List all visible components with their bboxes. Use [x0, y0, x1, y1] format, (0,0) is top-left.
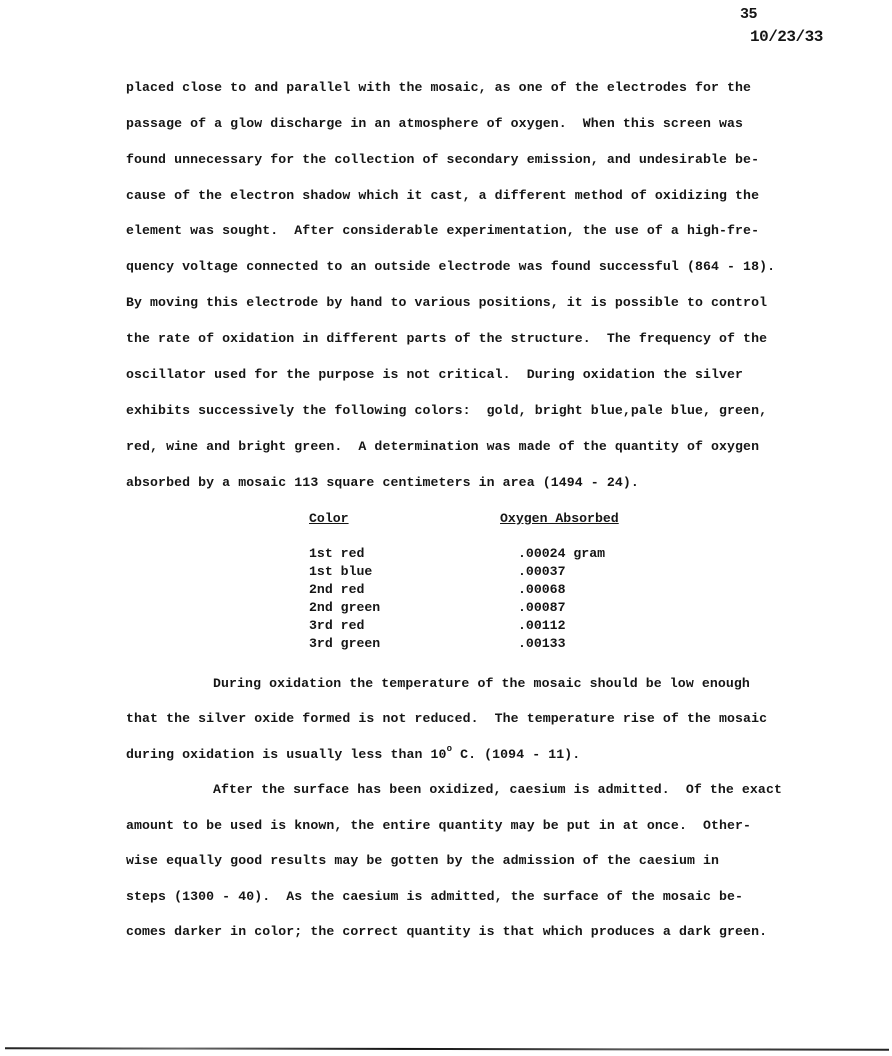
table-cell-color: 3rd green — [309, 636, 380, 651]
table-cell-oxygen: .00037 — [518, 564, 565, 579]
text-line: during oxidation is usually less than 10… — [126, 747, 580, 762]
text-line: that the silver oxide formed is not redu… — [126, 711, 767, 726]
text-line: quency voltage connected to an outside e… — [126, 259, 775, 274]
text-line: cause of the electron shadow which it ca… — [126, 188, 759, 203]
text-line: red, wine and bright green. A determinat… — [126, 439, 759, 454]
degree-superscript: o — [447, 744, 453, 754]
text-line: element was sought. After considerable e… — [126, 223, 759, 238]
text-fragment: C. (1094 - 11). — [452, 747, 580, 762]
table-cell-color: 2nd green — [309, 600, 380, 615]
table-cell-color: 1st blue — [309, 564, 372, 579]
bottom-rule-divider — [5, 1047, 889, 1051]
page-number: 35 — [740, 6, 757, 23]
text-fragment: during oxidation is usually less than 10 — [126, 747, 447, 762]
table-cell-oxygen: .00087 — [518, 600, 565, 615]
table-cell-oxygen: .00068 — [518, 582, 565, 597]
text-line: absorbed by a mosaic 113 square centimet… — [126, 475, 639, 490]
text-line: During oxidation the temperature of the … — [213, 676, 750, 691]
table-cell-oxygen: .00024 gram — [518, 546, 605, 561]
text-line: oscillator used for the purpose is not c… — [126, 367, 743, 382]
table-cell-color: 2nd red — [309, 582, 364, 597]
text-line: found unnecessary for the collection of … — [126, 152, 759, 167]
table-cell-color: 3rd red — [309, 618, 364, 633]
table-header-color: Color — [309, 511, 349, 526]
text-line: amount to be used is known, the entire q… — [126, 818, 751, 833]
text-line: By moving this electrode by hand to vari… — [126, 295, 767, 310]
table-cell-oxygen: .00112 — [518, 618, 565, 633]
text-line: exhibits successively the following colo… — [126, 403, 767, 418]
text-line: steps (1300 - 40). As the caesium is adm… — [126, 889, 743, 904]
text-line: wise equally good results may be gotten … — [126, 853, 719, 868]
text-line: placed close to and parallel with the mo… — [126, 80, 751, 95]
table-cell-color: 1st red — [309, 546, 364, 561]
text-line: comes darker in color; the correct quant… — [126, 924, 767, 939]
table-header-oxygen: Oxygen Absorbed — [500, 511, 619, 526]
text-line: passage of a glow discharge in an atmosp… — [126, 116, 743, 131]
text-line: After the surface has been oxidized, cae… — [213, 782, 782, 797]
text-line: the rate of oxidation in different parts… — [126, 331, 767, 346]
table-cell-oxygen: .00133 — [518, 636, 565, 651]
page-date: 10/23/33 — [750, 28, 823, 46]
